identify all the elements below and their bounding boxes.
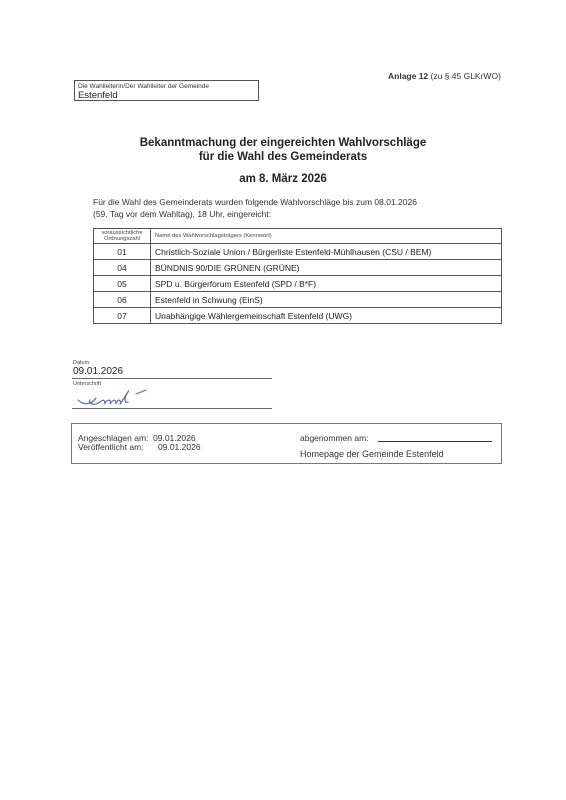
annex-reference: Anlage 12 (zu § 45 GLKrWO): [388, 71, 501, 81]
nominations-table: voraussichtlicheOrdnungszahl Name des Wa…: [93, 228, 502, 324]
removed-label: abgenommen am:: [300, 433, 369, 443]
page-subtitle: für die Wahl des Gemeinderats: [0, 151, 566, 163]
date-line: [72, 378, 272, 379]
row-name: Estenfeld in Schwung (EinS): [151, 292, 502, 308]
posting-box: Angeschlagen am: 09.01.2026 Veröffentlic…: [71, 423, 502, 464]
row-name: SPD u. Bürgerforum Estenfeld (SPD / B*F): [151, 276, 502, 292]
row-name: Unabhängige Wählergemeinschaft Estenfeld…: [151, 308, 502, 324]
handwritten-signature: [74, 386, 174, 410]
signature-line: [72, 408, 272, 409]
row-number: 01: [94, 244, 151, 260]
homepage-note: Homepage der Gemeinde Estenfeld: [300, 449, 444, 459]
row-number: 06: [94, 292, 151, 308]
column-header-name: Name des Wahlvorschlagsträgers (Kennwort…: [151, 229, 502, 244]
table-row: 07Unabhängige Wählergemeinschaft Estenfe…: [94, 308, 502, 324]
row-number: 04: [94, 260, 151, 276]
annex-legal-ref: (zu § 45 GLKrWO): [428, 71, 501, 81]
removed-date-line: [378, 441, 492, 442]
published-label: Veröffentlicht am:: [78, 442, 144, 452]
annex-number: Anlage 12: [388, 71, 428, 81]
authority-box: Die Wahlleiterin/Der Wahlleiter der Geme…: [74, 80, 259, 101]
table-row: 06Estenfeld in Schwung (EinS): [94, 292, 502, 308]
row-name: BÜNDNIS 90/DIE GRÜNEN (GRÜNE): [151, 260, 502, 276]
page-title: Bekanntmachung der eingereichten Wahlvor…: [0, 137, 566, 149]
intro-text: Für die Wahl des Gemeinderats wurden fol…: [93, 196, 417, 220]
authority-name: Estenfeld: [78, 90, 118, 101]
row-number: 05: [94, 276, 151, 292]
column-header-number: voraussichtlicheOrdnungszahl: [94, 229, 151, 244]
row-name: Christlich-Soziale Union / Bürgerliste E…: [151, 244, 502, 260]
published-value: 09.01.2026: [158, 442, 201, 452]
intro-line-1: Für die Wahl des Gemeinderats wurden fol…: [93, 196, 417, 208]
table-header-row: voraussichtlicheOrdnungszahl Name des Wa…: [94, 229, 502, 244]
table-row: 04BÜNDNIS 90/DIE GRÜNEN (GRÜNE): [94, 260, 502, 276]
row-number: 07: [94, 308, 151, 324]
table-row: 01Christlich-Soziale Union / Bürgerliste…: [94, 244, 502, 260]
authority-label: Die Wahlleiterin/Der Wahlleiter der Geme…: [78, 83, 209, 90]
election-date: am 8. März 2026: [0, 173, 566, 185]
date-value: 09.01.2026: [73, 366, 123, 377]
table-row: 05SPD u. Bürgerforum Estenfeld (SPD / B*…: [94, 276, 502, 292]
intro-line-2: (59. Tag vor dem Wahltag), 18 Uhr, einge…: [93, 208, 417, 220]
